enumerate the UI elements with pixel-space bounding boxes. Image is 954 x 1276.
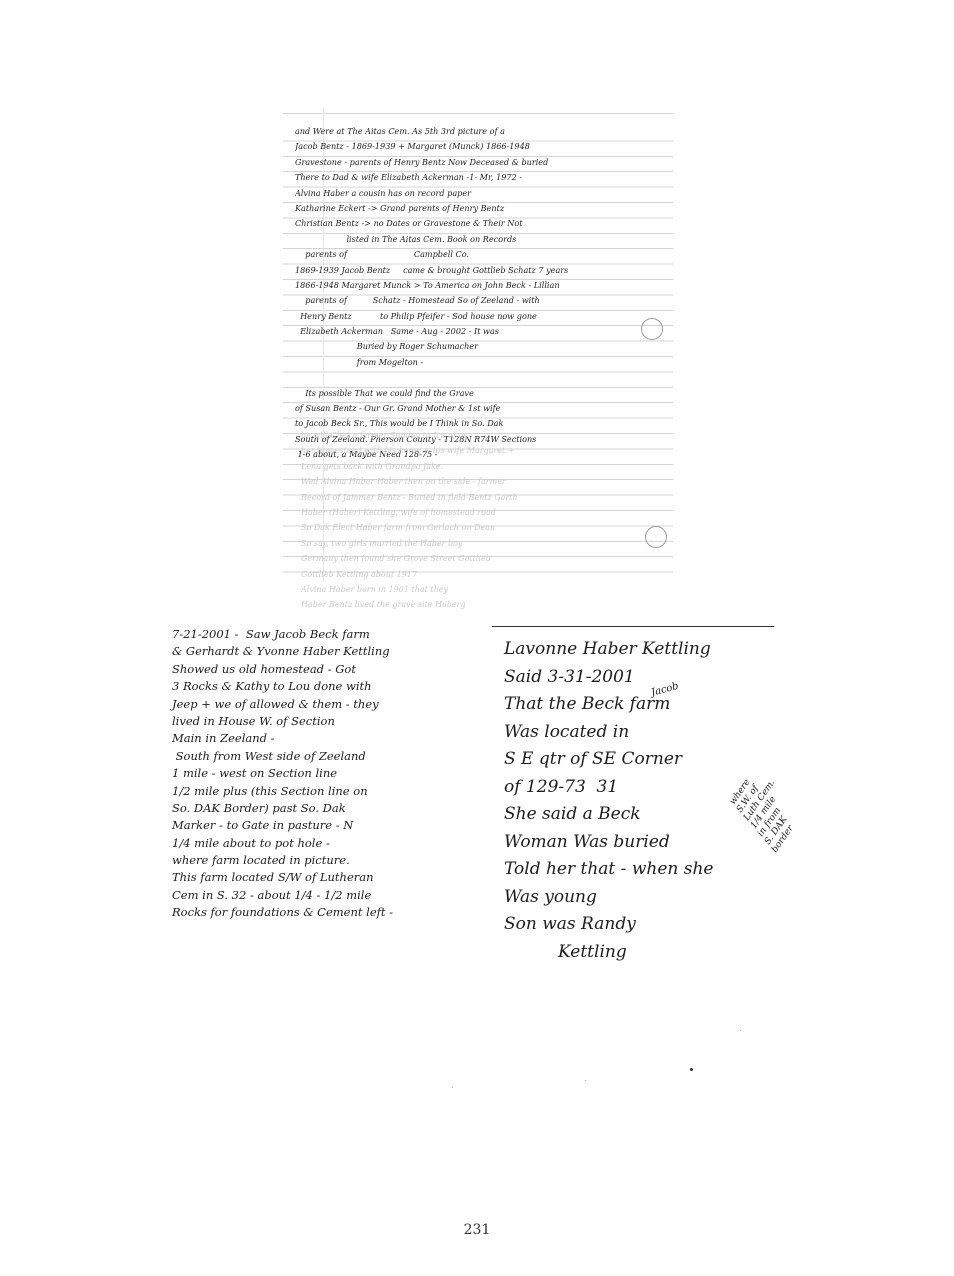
- note-left-line: Jeep + we of allowed & them - they: [172, 696, 472, 713]
- note-right-line: of 129-73 31: [504, 774, 713, 802]
- page-number: 231: [0, 1222, 954, 1238]
- letter-line: Elizabeth Ackerman Same - Aug - 2002 - I…: [295, 324, 665, 339]
- note-right-text: Lavonne Haber KettlingSaid 3-31-2001That…: [504, 636, 713, 966]
- letter-line: [295, 370, 665, 385]
- note-left-line: South from West side of Zeeland: [172, 748, 472, 765]
- note-left-line: 1/4 mile about to pot hole -: [172, 835, 472, 852]
- note-left-line: Main in Zeeland -: [172, 730, 472, 747]
- faded-line: So say, two girls married the Haber boy: [301, 536, 663, 551]
- letter-bleed-through-text: he will Chet a farmer Sunday to Ice of u…: [301, 428, 663, 613]
- note-left-line: 3 Rocks & Kathy to Lou done with: [172, 678, 472, 695]
- note-right-line: Son was Randy: [504, 911, 713, 939]
- letter-line: There to Dad & wife Elizabeth Ackerman -…: [295, 170, 665, 185]
- faded-line: Wed Alvina Haber Haber then on the side …: [301, 474, 663, 489]
- note-right-line: Woman Was buried: [504, 829, 713, 857]
- faded-line: Alvina Haber born in 1901 that they: [301, 582, 663, 597]
- faded-line: he will Chet a farmer Sunday to Ice of u…: [301, 428, 663, 443]
- letter-line: Jacob Bentz - 1869-1939 + Margaret (Munc…: [295, 139, 665, 154]
- faded-line: Haber Bentz lived the grave site Haberg: [301, 597, 663, 612]
- note-right-line: S E qtr of SE Corner: [504, 746, 713, 774]
- note-right-line: Lavonne Haber Kettling: [504, 636, 713, 664]
- scan-speck: [690, 1068, 693, 1071]
- letter-line: Its possible That we could find the Grav…: [295, 386, 665, 401]
- letter-line: of Susan Bentz - Our Gr. Grand Mother & …: [295, 401, 665, 416]
- note-left-line: lived in House W. of Section: [172, 713, 472, 730]
- note-right-line: Told her that - when she: [504, 856, 713, 884]
- letter-line: Buried by Roger Schumacher: [295, 339, 665, 354]
- letter-line: Gravestone - parents of Henry Bentz Now …: [295, 155, 665, 170]
- note-left-line: This farm located S/W of Lutheran: [172, 869, 472, 886]
- note-left-line: & Gerhardt & Yvonne Haber Kettling: [172, 643, 472, 660]
- note-left-line: So. DAK Border) past So. Dak: [172, 800, 472, 817]
- letter-line: 1866-1948 Margaret Munck > To America on…: [295, 278, 665, 293]
- letter-line: from Mogelton -: [295, 355, 665, 370]
- note-left-line: Rocks for foundations & Cement left -: [172, 904, 472, 921]
- note-left-line: 1 mile - west on Section line: [172, 765, 472, 782]
- handwritten-note-right: Lavonne Haber KettlingSaid 3-31-2001That…: [490, 626, 780, 916]
- letter-line: Katharine Eckert -> Grand parents of Hen…: [295, 201, 665, 216]
- letter-line: Henry Bentz to Philip Pfeifer - Sod hous…: [295, 309, 665, 324]
- note-left-line: Marker - to Gate in pasture - N: [172, 817, 472, 834]
- faded-line: Germany then found she Grove Street Gott…: [301, 551, 663, 566]
- note-right-line: Said 3-31-2001: [504, 664, 713, 692]
- handwritten-note-left: 7-21-2001 - Saw Jacob Beck farm& Gerhard…: [172, 626, 472, 916]
- scan-speck: [585, 1080, 586, 1081]
- letter-line: parents of Campbell Co.: [295, 247, 665, 262]
- letter-line: 1869-1939 Jacob Bentz came & brought Got…: [295, 263, 665, 278]
- letter-line: Alvina Haber a cousin has on record pape…: [295, 186, 665, 201]
- note-left-line: Showed us old homestead - Got: [172, 661, 472, 678]
- note-left-line: 1/2 mile plus (this Section line on: [172, 783, 472, 800]
- scanned-letter-page: and Were at The Aitas Cem. As 5th 3rd pi…: [283, 108, 673, 582]
- letter-line: and Were at The Aitas Cem. As 5th 3rd pi…: [295, 124, 665, 139]
- note-left-line: 7-21-2001 - Saw Jacob Beck farm: [172, 626, 472, 643]
- faded-line: So Dak Elect Haber farm from Gerlach on …: [301, 520, 663, 535]
- letter-text: and Were at The Aitas Cem. As 5th 3rd pi…: [295, 124, 665, 463]
- faded-line: her homestead with his home + his wife M…: [301, 443, 663, 458]
- scan-speck: [452, 1087, 453, 1088]
- letter-line: parents of Schatz - Homestead So of Zeel…: [295, 293, 665, 308]
- letter-line: listed in The Aitas Cem. Book on Records: [295, 232, 665, 247]
- note-left-line: where farm located in picture.: [172, 852, 472, 869]
- letter-line: Christian Bentz -> no Dates or Graveston…: [295, 216, 665, 231]
- note-left-line: Cem in S. 32 - about 1/4 - 1/2 mile: [172, 887, 472, 904]
- faded-line: Lena gets back with Grandpa Jake.: [301, 459, 663, 474]
- note-right-line: Was located in: [504, 719, 713, 747]
- note-left-text: 7-21-2001 - Saw Jacob Beck farm& Gerhard…: [172, 626, 472, 922]
- faded-line: Haber (Haber) Kettling, wife of homestea…: [301, 505, 663, 520]
- faded-line: Gottlieb Kettling about 1917: [301, 567, 663, 582]
- note-right-line: Was young: [504, 884, 713, 912]
- note-right-line: Kettling: [504, 939, 713, 967]
- faded-line: Record of Jammer Bentz - Buried in field…: [301, 490, 663, 505]
- scan-speck: [740, 1030, 741, 1031]
- note-right-line: She said a Beck: [504, 801, 713, 829]
- note-right-line: That the Beck farm: [504, 691, 713, 719]
- note-top-rule: [492, 626, 774, 627]
